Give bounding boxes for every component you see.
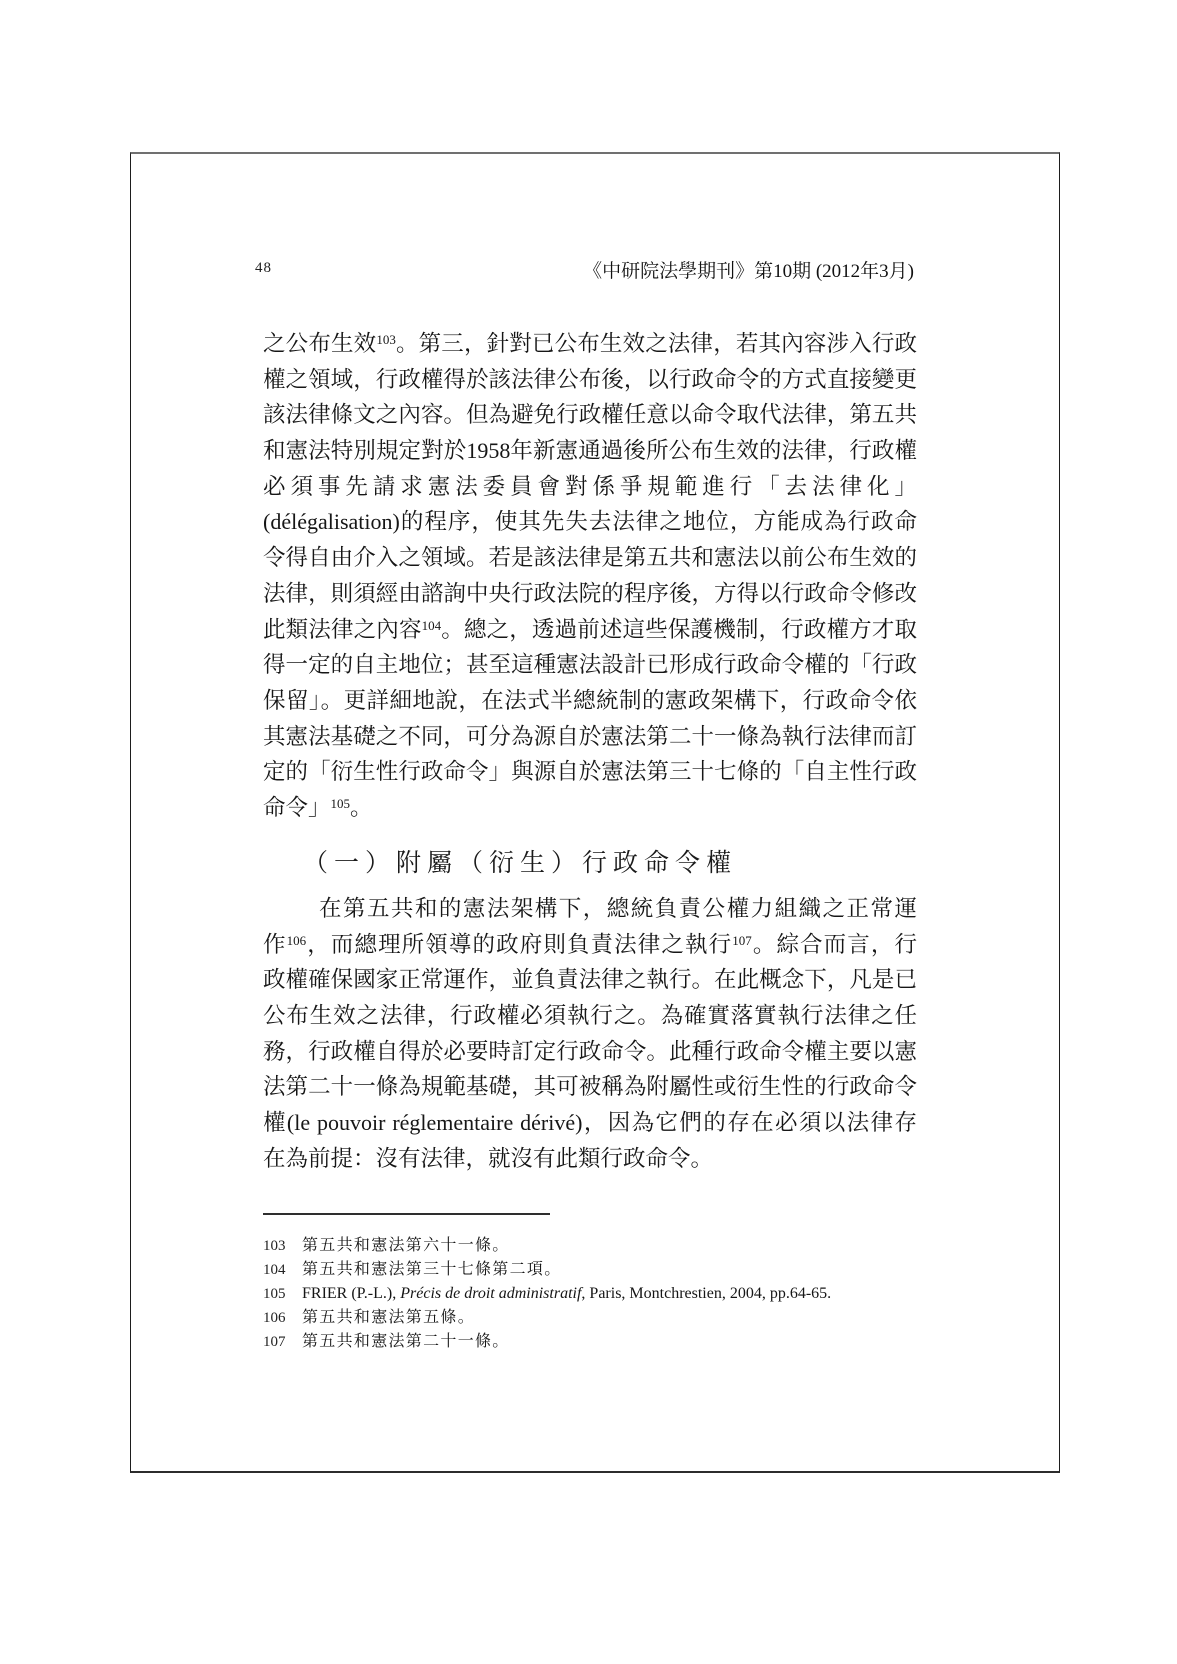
cjk-text-segment: 政權確保國家正常運作，並負責法律之執行。在此概念下，凡是已 [263,967,917,992]
footnote-number: 107 [263,1331,302,1354]
footnote-ref-superscript: 104 [422,618,442,633]
text-line: 權之領域，行政權得於該法律公布後，以行政命令的方式直接變更 [263,362,917,398]
cjk-text-segment: 此類法律之內容 [263,617,422,642]
cjk-text-segment: 和憲法特別規定對於 [263,438,466,463]
text-line: 政權確保國家正常運作，並負責法律之執行。在此概念下，凡是已 [263,962,917,998]
text-line: (délégalisation)的程序，使其先失去法律之地位，方能成為行政命 [263,504,917,540]
cjk-text-segment: 務，行政權自得於必要時訂定行政命令。此種行政命令權主要以憲 [263,1039,917,1064]
text-line: 該法律條文之內容。但為避免行政權任意以命令取代法律，第五共 [263,397,917,433]
footnote-number: 103 [263,1235,302,1258]
footnote: 103第五共和憲法第六十一條。 [263,1234,931,1258]
cjk-text-segment: 年新憲通過後所公布生效的法律，行政權 [510,438,917,463]
latin-text-segment: FRIER (P.-L.), [302,1285,400,1302]
cjk-text-segment: 在第五共和的憲法架構下，總統負責公權力組織之正常運 [319,896,917,921]
section-heading: （一）附屬（衍生）行政命令權 [263,846,963,882]
text-line: 保留」。更詳細地說，在法式半總統制的憲政架構下，行政命令依 [263,683,917,719]
paragraph-2: 在第五共和的憲法架構下，總統負責公權力組織之正常運作106，而總理所領導的政府則… [263,891,917,1177]
italic-title-segment: Précis de droit administratif [400,1285,581,1302]
cjk-text-segment: 第五共和憲法第三十七條第二項。 [302,1261,562,1278]
latin-text-segment: (le pouvoir réglementaire dérivé) [287,1110,583,1135]
footnote-separator-rule [263,1213,550,1215]
text-line: 法第二十一條為規範基礎，其可被稱為附屬性或衍生性的行政命令 [263,1069,917,1105]
text-line: 其憲法基礎之不同，可分為源自於憲法第二十一條為執行法律而訂 [263,719,917,755]
footnote: 106第五共和憲法第五條。 [263,1306,931,1330]
cjk-text-segment: 第五共和憲法第六十一條。 [302,1237,510,1254]
footnote-ref-superscript: 103 [376,332,396,347]
text-line: 此類法律之內容104。總之，透過前述這些保護機制，行政權方才取 [263,612,917,648]
footnote-number: 105 [263,1283,302,1306]
paragraph-1: 之公布生效103。第三，針對已公布生效之法律，若其內容涉入行政權之領域，行政權得… [263,326,917,826]
text-line: 之公布生效103。第三，針對已公布生效之法律，若其內容涉入行政 [263,326,917,362]
cjk-text-segment: 在為前提：沒有法律，就沒有此類行政命令。 [263,1146,713,1171]
text-line: 務，行政權自得於必要時訂定行政命令。此種行政命令權主要以憲 [263,1034,917,1070]
cjk-text-segment: 命令」 [263,795,331,820]
text-line: 定的「衍生性行政命令」與源自於憲法第三十七條的「自主性行政 [263,754,917,790]
footnote: 105FRIER (P.-L.), Précis de droit admini… [263,1282,931,1306]
cjk-text-segment: 權之領域，行政權得於該法律公布後，以行政命令的方式直接變更 [263,367,917,392]
cjk-text-segment: 法第二十一條為規範基礎，其可被稱為附屬性或衍生性的行政命令 [263,1074,917,1099]
cjk-text-segment: 。 [350,795,373,820]
cjk-text-segment: 定的「衍生性行政命令」與源自於憲法第三十七條的「自主性行政 [263,759,917,784]
cjk-text-segment: ，而總理所領導的政府則負責法律之執行 [306,932,732,957]
cjk-text-segment: 第五共和憲法第五條。 [302,1309,475,1326]
cjk-text-segment: 。綜合而言，行 [752,932,917,957]
footnote-ref-superscript: 105 [331,796,351,811]
cjk-text-segment: 第五共和憲法第二十一條。 [302,1333,510,1350]
cjk-text-segment: 。總之，透過前述這些保護機制，行政權方才取 [441,617,917,642]
cjk-text-segment: 必須事先請求憲法委員會對係爭規範進行「去法律化」 [263,474,917,499]
latin-text-segment: 1958 [466,438,510,463]
text-line: 令得自由介入之領域。若是該法律是第五共和憲法以前公布生效的 [263,540,917,576]
cjk-text-segment: 得一定的自主地位；甚至這種憲法設計已形成行政命令權的「行政 [263,652,917,677]
cjk-text-segment: 法律，則須經由諮詢中央行政法院的程序後，方得以行政命令修改 [263,581,917,606]
footnote-ref-superscript: 107 [732,933,752,948]
cjk-text-segment: 令得自由介入之領域。若是該法律是第五共和憲法以前公布生效的 [263,545,917,570]
text-line: 必須事先請求憲法委員會對係爭規範進行「去法律化」 [263,469,917,505]
cjk-text-segment: ，因為它們的存在必須以法律存 [582,1110,917,1135]
text-line: 得一定的自主地位；甚至這種憲法設計已形成行政命令權的「行政 [263,647,917,683]
footnote: 104第五共和憲法第三十七條第二項。 [263,1258,931,1282]
text-line: 在為前提：沒有法律，就沒有此類行政命令。 [263,1141,917,1177]
text-line: 命令」105。 [263,790,917,826]
footnote-number: 104 [263,1259,302,1282]
page-number: 48 [255,260,272,277]
page-border: 48 《中研院法學期刊》第10期 (2012年3月) 之公布生效103。第三，針… [130,152,1060,1473]
text-line: 法律，則須經由諮詢中央行政法院的程序後，方得以行政命令修改 [263,576,917,612]
text-line: 公布生效之法律，行政權必須執行之。為確實落實執行法律之任 [263,998,917,1034]
cjk-text-segment: 作 [263,932,287,957]
text-line: 在第五共和的憲法架構下，總統負責公權力組織之正常運 [263,891,917,927]
latin-text-segment: , Paris, Montchrestien, 2004, pp.64-65. [581,1285,831,1302]
text-line: 權(le pouvoir réglementaire dérivé)，因為它們的… [263,1105,917,1141]
footnote: 107第五共和憲法第二十一條。 [263,1330,931,1354]
journal-header-title: 《中研院法學期刊》第10期 (2012年3月) [583,256,914,283]
cjk-text-segment: 權 [263,1110,287,1135]
footnote-number: 106 [263,1307,302,1330]
cjk-text-segment: 公布生效之法律，行政權必須執行之。為確實落實執行法律之任 [263,1003,917,1028]
cjk-text-segment: 其憲法基礎之不同，可分為源自於憲法第二十一條為執行法律而訂 [263,724,917,749]
cjk-text-segment: 該法律條文之內容。但為避免行政權任意以命令取代法律，第五共 [263,402,917,427]
cjk-text-segment: 。第三，針對已公布生效之法律，若其內容涉入行政 [396,331,917,356]
cjk-text-segment: 之公布生效 [263,331,376,356]
text-line: 和憲法特別規定對於1958年新憲通過後所公布生效的法律，行政權 [263,433,917,469]
footnotes: 103第五共和憲法第六十一條。104第五共和憲法第三十七條第二項。105FRIE… [263,1234,931,1354]
footnote-ref-superscript: 106 [287,933,307,948]
cjk-text-segment: 保留」。更詳細地說，在法式半總統制的憲政架構下，行政命令依 [263,688,917,713]
text-line: 作106，而總理所領導的政府則負責法律之執行107。綜合而言，行 [263,927,917,963]
latin-text-segment: (délégalisation) [263,509,400,534]
cjk-text-segment: 的程序，使其先失去法律之地位，方能成為行政命 [400,509,917,534]
